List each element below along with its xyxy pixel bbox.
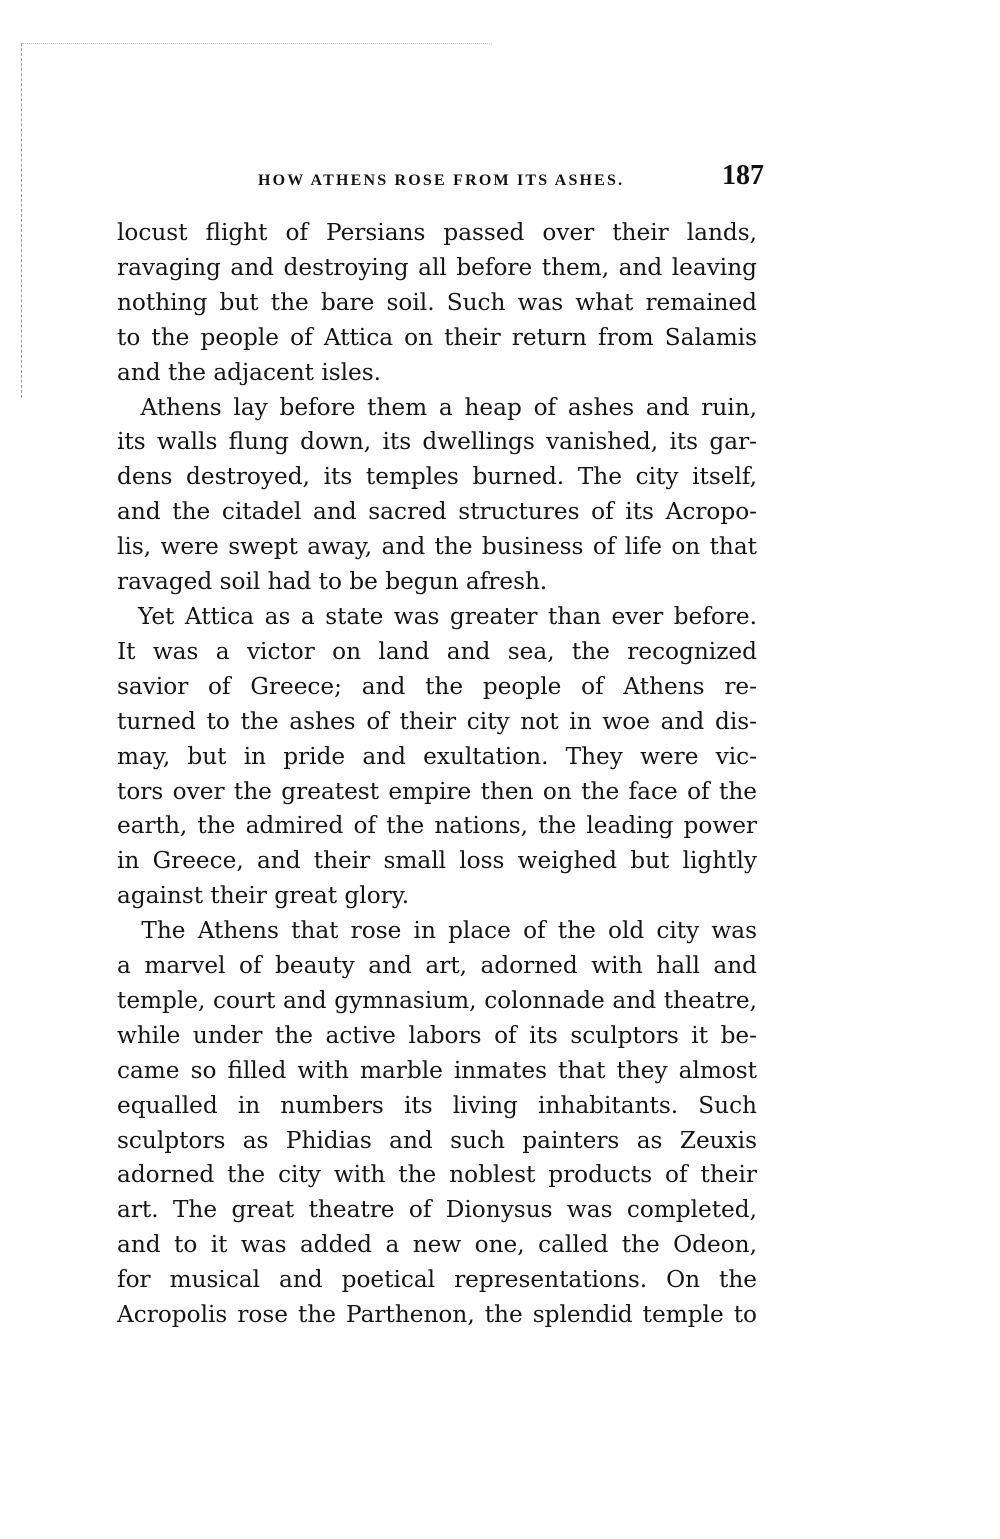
text-line: art. The great theatre of Dionysus was c… <box>117 1193 757 1228</box>
text-line: and the adjacent isles. <box>117 356 757 391</box>
text-line: while under the active labors of its scu… <box>117 1019 757 1054</box>
text-line: Yet Attica as a state was greater than e… <box>117 600 757 635</box>
paragraph-4: The Athens that rose in place of the old… <box>117 914 757 1333</box>
running-head-title: How Athens Rose from Its Ashes. <box>258 172 624 190</box>
text-line: locust flight of Persians passed over th… <box>117 216 757 251</box>
body-text: locust flight of Persians passed over th… <box>117 216 757 1333</box>
text-line: adorned the city with the noblest produc… <box>117 1158 757 1193</box>
scan-edge-artifact <box>21 43 22 398</box>
text-line: to the people of Attica on their return … <box>117 321 757 356</box>
text-line: earth, the admired of the nations, the l… <box>117 809 757 844</box>
paragraph-3: Yet Attica as a state was greater than e… <box>117 600 757 914</box>
text-line: turned to the ashes of their city not in… <box>117 705 757 740</box>
text-line: ravaging and destroying all before them,… <box>117 251 757 286</box>
text-line: ravaged soil had to be begun afresh. <box>117 565 757 600</box>
text-line: temple, court and gymnasium, colonnade a… <box>117 984 757 1019</box>
text-line: equalled in numbers its living inhabitan… <box>117 1089 757 1124</box>
text-line: for musical and poetical representations… <box>117 1263 757 1298</box>
text-line: came so filled with marble inmates that … <box>117 1054 757 1089</box>
book-page: How Athens Rose from Its Ashes. 187 locu… <box>0 0 1000 1539</box>
text-line: Athens lay before them a heap of ashes a… <box>117 391 757 426</box>
text-line: nothing but the bare soil. Such was what… <box>117 286 757 321</box>
text-line: and the citadel and sacred structures of… <box>117 495 757 530</box>
text-line: against their great glory. <box>117 879 757 914</box>
scan-top-artifact <box>22 43 492 44</box>
text-line: savior of Greece; and the people of Athe… <box>117 670 757 705</box>
text-line: sculptors as Phidias and such painters a… <box>117 1124 757 1159</box>
text-line: lis, were swept away, and the business o… <box>117 530 757 565</box>
page-number: 187 <box>722 160 764 192</box>
text-line: It was a victor on land and sea, the rec… <box>117 635 757 670</box>
running-head: How Athens Rose from Its Ashes. 187 <box>258 160 764 200</box>
paragraph-1: locust flight of Persians passed over th… <box>117 216 757 391</box>
text-line: and to it was added a new one, called th… <box>117 1228 757 1263</box>
text-line: dens destroyed, its temples burned. The … <box>117 460 757 495</box>
text-line: in Greece, and their small loss weighed … <box>117 844 757 879</box>
paragraph-2: Athens lay before them a heap of ashes a… <box>117 391 757 600</box>
text-line: its walls flung down, its dwellings vani… <box>117 425 757 460</box>
text-line: Acropolis rose the Parthenon, the splend… <box>117 1298 757 1333</box>
text-line: may, but in pride and exultation. They w… <box>117 740 757 775</box>
text-line: a marvel of beauty and art, adorned with… <box>117 949 757 984</box>
text-line: tors over the greatest empire then on th… <box>117 775 757 810</box>
text-line: The Athens that rose in place of the old… <box>117 914 757 949</box>
